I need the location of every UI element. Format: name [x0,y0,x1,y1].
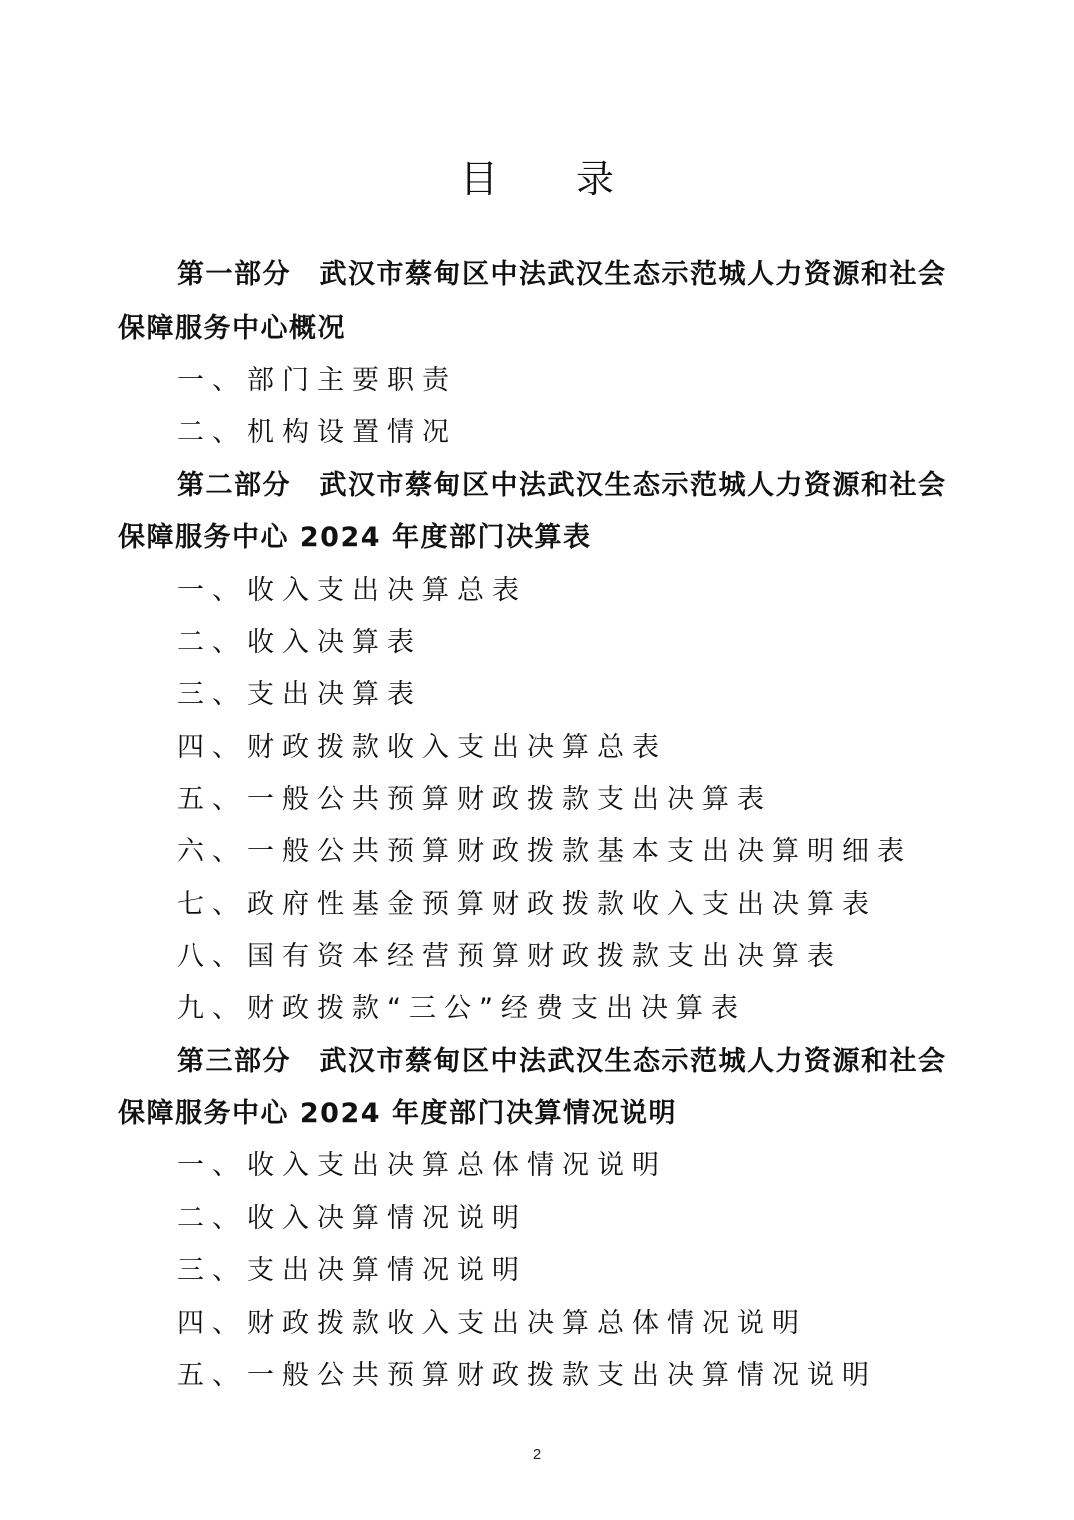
toc-item[interactable]: 一、部门主要职责 [177,363,457,399]
document-page: 目录 第一部分 武汉市蔡甸区中法武汉生态示范城人力资源和社会 保障服务中心概况 … [0,0,1074,1520]
toc-item[interactable]: 七、政府性基金预算财政拨款收入支出决算表 [177,887,877,923]
toc-item[interactable]: 四、财政拨款收入支出决算总体情况说明 [177,1306,807,1342]
toc-item[interactable]: 三、支出决算表 [177,677,422,713]
toc-item[interactable]: 五、一般公共预算财政拨款支出决算表 [177,782,772,818]
toc-item[interactable]: 二、机构设置情况 [177,415,457,451]
toc-item[interactable]: 九、财政拨款“三公”经费支出决算表 [177,991,746,1027]
toc-title-char-2: 录 [576,154,614,204]
page-number: 2 [0,1446,1074,1463]
toc-part-3-heading[interactable]: 第三部分 武汉市蔡甸区中法武汉生态示范城人力资源和社会 [177,1044,947,1080]
toc-item[interactable]: 六、一般公共预算财政拨款基本支出决算明细表 [177,834,912,870]
toc-item[interactable]: 五、一般公共预算财政拨款支出决算情况说明 [177,1358,877,1394]
toc-title: 目录 [0,154,1074,204]
toc-part-3-heading-cont[interactable]: 保障服务中心 2024 年度部门决算情况说明 [118,1096,677,1132]
toc-item[interactable]: 八、国有资本经营预算财政拨款支出决算表 [177,939,842,975]
toc-item[interactable]: 二、收入决算表 [177,625,422,661]
toc-part-1-heading[interactable]: 第一部分 武汉市蔡甸区中法武汉生态示范城人力资源和社会 [177,257,947,293]
toc-title-char-1: 目 [460,154,498,204]
toc-item[interactable]: 一、收入支出决算总体情况说明 [177,1148,667,1184]
toc-item[interactable]: 二、收入决算情况说明 [177,1201,527,1237]
toc-item[interactable]: 四、财政拨款收入支出决算总表 [177,730,667,766]
toc-part-2-heading-cont[interactable]: 保障服务中心 2024 年度部门决算表 [118,520,591,556]
toc-part-2-heading[interactable]: 第二部分 武汉市蔡甸区中法武汉生态示范城人力资源和社会 [177,468,947,504]
toc-item[interactable]: 一、收入支出决算总表 [177,573,527,609]
toc-part-1-heading-cont[interactable]: 保障服务中心概况 [118,311,346,347]
toc-item[interactable]: 三、支出决算情况说明 [177,1253,527,1289]
